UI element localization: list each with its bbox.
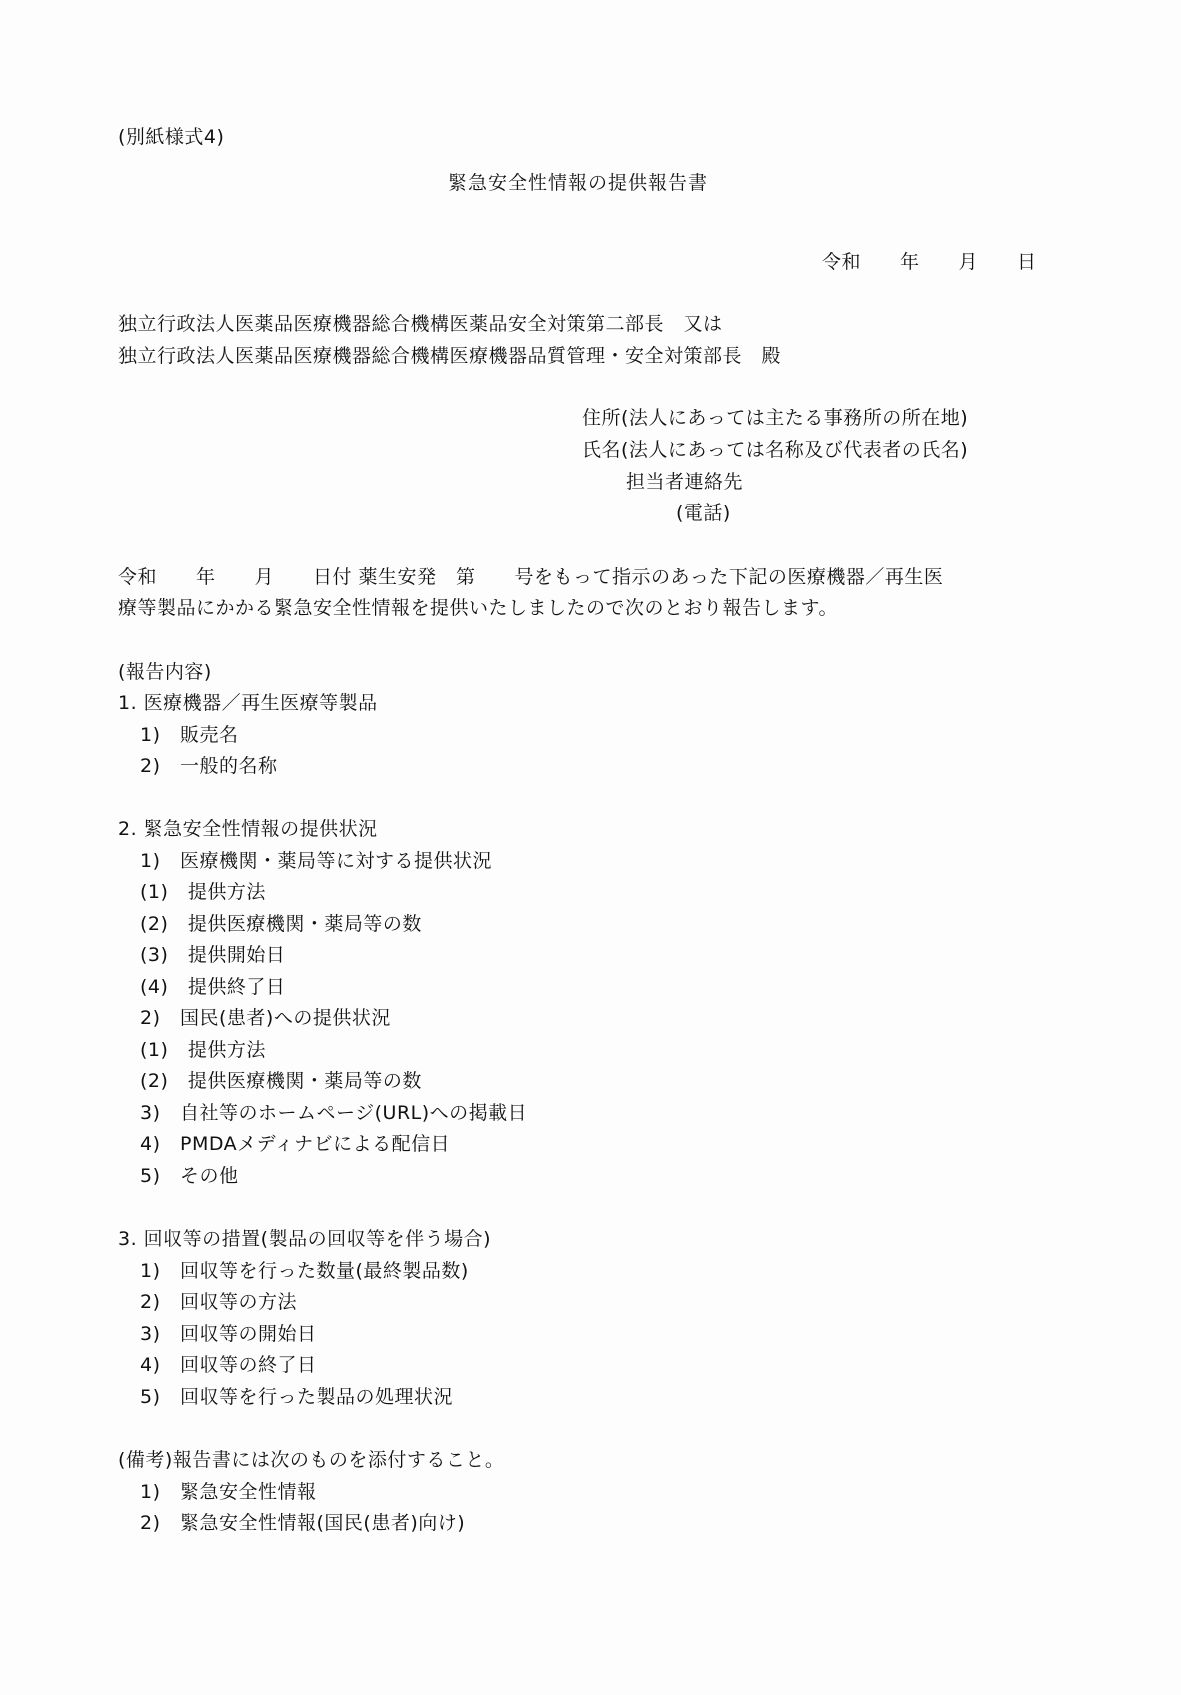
list-item: 3) 回収等の開始日 (140, 1322, 317, 1346)
addressee-line: 独立行政法人医薬品医療機器総合機構医療機器品質管理・安全対策部長 殿 (118, 344, 781, 368)
report-heading: (報告内容) (118, 660, 212, 684)
sender-name: 氏名(法人にあっては名称及び代表者の氏名) (582, 438, 968, 462)
intro-line: 令和 年 月 日付 薬生安発 第 号をもって指示のあった下記の医療機器／再生医 (118, 565, 943, 589)
list-item: 5) 回収等を行った製品の処理状況 (140, 1385, 453, 1409)
list-item: (3) 提供開始日 (140, 943, 285, 967)
list-item: 1) 回収等を行った数量(最終製品数) (140, 1259, 469, 1283)
addressee-line: 独立行政法人医薬品医療機器総合機構医薬品安全対策第二部長 又は (118, 312, 723, 336)
section-heading: 2. 緊急安全性情報の提供状況 (118, 817, 378, 841)
remarks-heading: (備考)報告書には次のものを添付すること。 (118, 1448, 504, 1472)
sender-contact: 担当者連絡先 (626, 470, 743, 494)
date-line: 令和 年 月 日 (822, 250, 1037, 274)
list-item: (2) 提供医療機関・薬局等の数 (140, 1069, 422, 1093)
list-item: 2) 一般的名称 (140, 754, 278, 778)
section-heading: 3. 回収等の措置(製品の回収等を伴う場合) (118, 1227, 491, 1251)
form-number: (別紙様式4) (118, 125, 224, 149)
list-item: 1) 緊急安全性情報 (140, 1480, 317, 1504)
list-item: 4) PMDAメディナビによる配信日 (140, 1132, 450, 1156)
section-heading: 1. 医療機器／再生医療等製品 (118, 691, 378, 715)
list-item: 1) 医療機関・薬局等に対する提供状況 (140, 849, 492, 873)
intro-line: 療等製品にかかる緊急安全性情報を提供いたしましたので次のとおり報告します。 (118, 596, 838, 620)
list-item: 5) その他 (140, 1164, 239, 1188)
document-title: 緊急安全性情報の提供報告書 (448, 171, 708, 195)
list-item: 2) 国民(患者)への提供状況 (140, 1006, 391, 1030)
list-item: (4) 提供終了日 (140, 975, 285, 999)
list-item: (2) 提供医療機関・薬局等の数 (140, 912, 422, 936)
list-item: 1) 販売名 (140, 723, 239, 747)
list-item: (1) 提供方法 (140, 880, 266, 904)
list-item: 2) 緊急安全性情報(国民(患者)向け) (140, 1511, 465, 1535)
list-item: (1) 提供方法 (140, 1038, 266, 1062)
list-item: 4) 回収等の終了日 (140, 1353, 317, 1377)
sender-address: 住所(法人にあっては主たる事務所の所在地) (582, 406, 968, 430)
list-item: 2) 回収等の方法 (140, 1290, 297, 1314)
sender-phone: (電話) (676, 501, 731, 525)
list-item: 3) 自社等のホームページ(URL)への掲載日 (140, 1101, 527, 1125)
